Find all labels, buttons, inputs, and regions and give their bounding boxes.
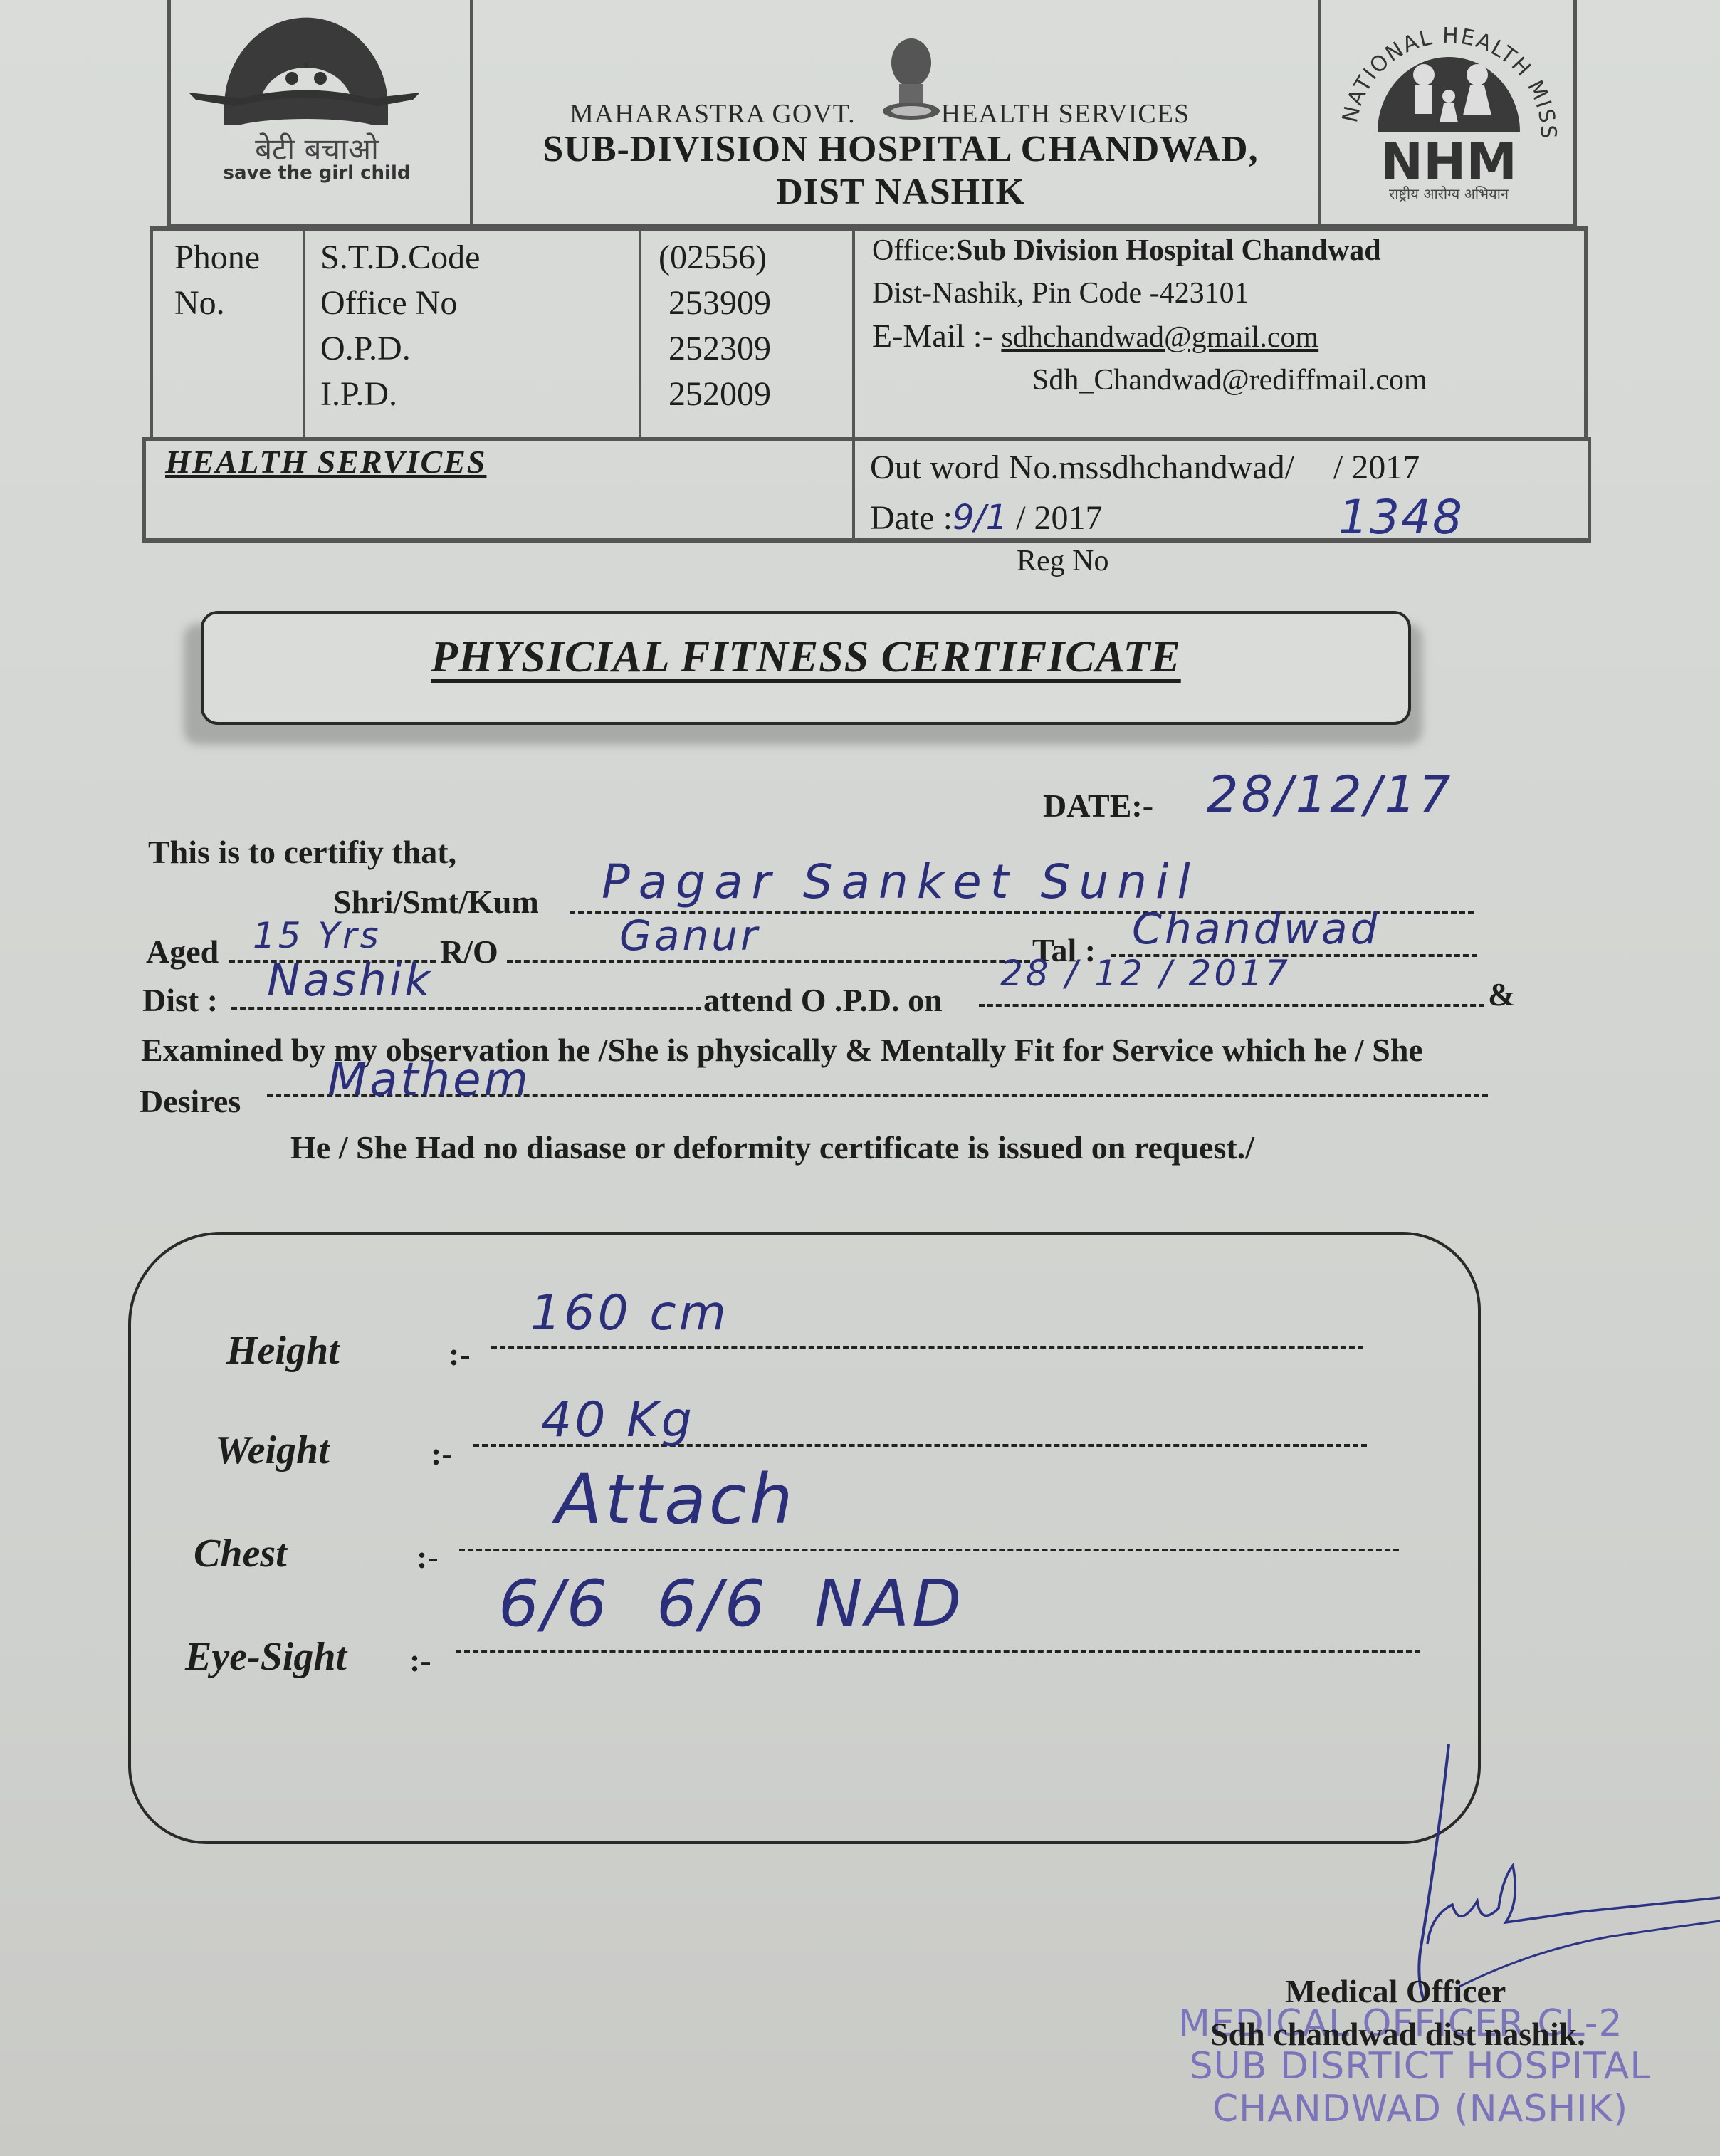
desires-value: Mathem (327, 1054, 531, 1106)
outward-label: Out word No.mssdhchandwad/ (870, 449, 1294, 486)
height-label: Height (226, 1328, 340, 1373)
aged-label: Aged (146, 933, 219, 970)
ro-label: R/O (440, 933, 498, 970)
certificate-date-label: DATE:- (1043, 787, 1153, 825)
tal-value: Chandwad (1132, 904, 1380, 954)
opd-value: 28 / 12 / 2017 (1000, 953, 1291, 994)
office-prefix: Office: (872, 234, 956, 267)
divider (470, 0, 473, 228)
height-line (491, 1346, 1363, 1349)
govt-name: MAHARASTRA GOVT. (570, 99, 856, 129)
certificate-title: PHYSICIAL FITNESS CERTIFICATE (201, 632, 1411, 683)
department-heading: HEALTH SERVICES (165, 443, 486, 481)
nhm-logo: NATIONAL HEALTH MISSION NHM राष्ट्रीय आर… (1324, 0, 1573, 214)
dept-name: HEALTH SERVICES (941, 99, 1190, 129)
outward-number: Out word No.mssdhchandwad// 2017 Date :9… (870, 443, 1420, 543)
date-handwritten: 9/1 (953, 498, 1007, 538)
name-value: Pagar Sanket Sunil (602, 854, 1199, 909)
email-label: E-Mail :- (872, 318, 993, 354)
chest-value: Attach (555, 1460, 795, 1539)
phone-number: 252309 (659, 326, 771, 372)
dist-line (231, 1007, 701, 1010)
phone-number: (02556) (659, 235, 771, 281)
office-address: Office:Sub Division Hospital Chandwad Di… (872, 229, 1427, 402)
office-address-line: Dist-Nashik, Pin Code -423101 (872, 272, 1427, 315)
chest-separator: :- (416, 1538, 439, 1576)
eyesight-label: Eye-Sight (185, 1634, 347, 1680)
eyesight-separator: :- (409, 1641, 431, 1679)
eyesight-line (456, 1650, 1420, 1653)
girl-child-icon (174, 0, 466, 221)
phone-type: O.P.D. (320, 326, 480, 372)
opd-suffix: & (1488, 975, 1515, 1013)
phone-number-list: (02556) 253909 252309 252009 (659, 235, 771, 417)
stamp-line: CHANDWAD (NASHIK) (1178, 2088, 1662, 2130)
phone-type-list: S.T.D.Code Office No O.P.D. I.P.D. (320, 235, 480, 417)
divider (639, 229, 641, 440)
logo-english-text: save the girl child (206, 162, 427, 184)
phone-type: Office No (320, 281, 480, 326)
nhm-acronym: NHM (1324, 132, 1573, 192)
reg-no-label: Reg No (1017, 544, 1109, 578)
reg-number-handwritten: 1348 (1338, 490, 1464, 545)
certify-intro: This is to certifiy that, (148, 833, 456, 871)
desires-label: Desires (140, 1082, 241, 1120)
weight-separator: :- (431, 1435, 453, 1472)
ro-value: Ganur (619, 911, 760, 960)
height-value: 160 cm (530, 1285, 729, 1341)
office-name: Sub Division Hospital Chandwad (956, 234, 1380, 267)
phone-number: 252009 (659, 372, 771, 417)
dist-label: Dist : (142, 981, 218, 1019)
chest-label: Chest (194, 1531, 287, 1576)
date-year: / 2017 (1016, 499, 1102, 537)
phone-number: 253909 (659, 281, 771, 326)
phone-label: Phone No. (174, 235, 260, 326)
phone-type: I.P.D. (320, 372, 480, 417)
divider (303, 229, 305, 440)
email-secondary[interactable]: Sdh_Chandwad@rediffmail.com (872, 359, 1427, 402)
declaration-text: He / She Had no diasase or deformity cer… (290, 1129, 1254, 1166)
opd-label: attend O .P.D. on (703, 981, 943, 1019)
hospital-name-line2: DIST NASHIK (498, 171, 1303, 214)
divider (1318, 0, 1321, 228)
outward-year: / 2017 (1333, 449, 1420, 486)
weight-label: Weight (215, 1428, 330, 1473)
aged-value: 15 Yrs (253, 915, 382, 956)
weight-value: 40 Kg (541, 1392, 695, 1448)
govt-line: MAHARASTRA GOVT.HEALTH SERVICES (570, 98, 1190, 130)
phone-type: S.T.D.Code (320, 235, 480, 281)
chest-line (459, 1549, 1399, 1551)
measurement-box (128, 1232, 1481, 1844)
ro-line (507, 960, 1030, 963)
eyesight-value: 6/6 6/6 NAD (498, 1566, 964, 1641)
opd-line (979, 1004, 1484, 1007)
save-girl-child-logo: बेटी बचाओ save the girl child (174, 0, 466, 221)
height-separator: :- (449, 1335, 471, 1373)
signatory-title: Medical Officer (1285, 1972, 1506, 2010)
date-label: Date : (870, 499, 953, 537)
hospital-name-line1: SUB-DIVISION HOSPITAL CHANDWAD, (498, 128, 1303, 171)
signatory-office: Sdh chandwad dist nashik. (1210, 2015, 1585, 2053)
certificate-date-value: 28/12/17 (1207, 765, 1453, 824)
email-primary-link[interactable]: sdhchandwad@gmail.com (1001, 321, 1318, 354)
hospital-name: SUB-DIVISION HOSPITAL CHANDWAD, DIST NAS… (498, 128, 1303, 214)
dist-value: Nashik (267, 954, 433, 1006)
nhm-hindi-text: राष्ट्रीय आरोग्य अभियान (1324, 184, 1573, 203)
